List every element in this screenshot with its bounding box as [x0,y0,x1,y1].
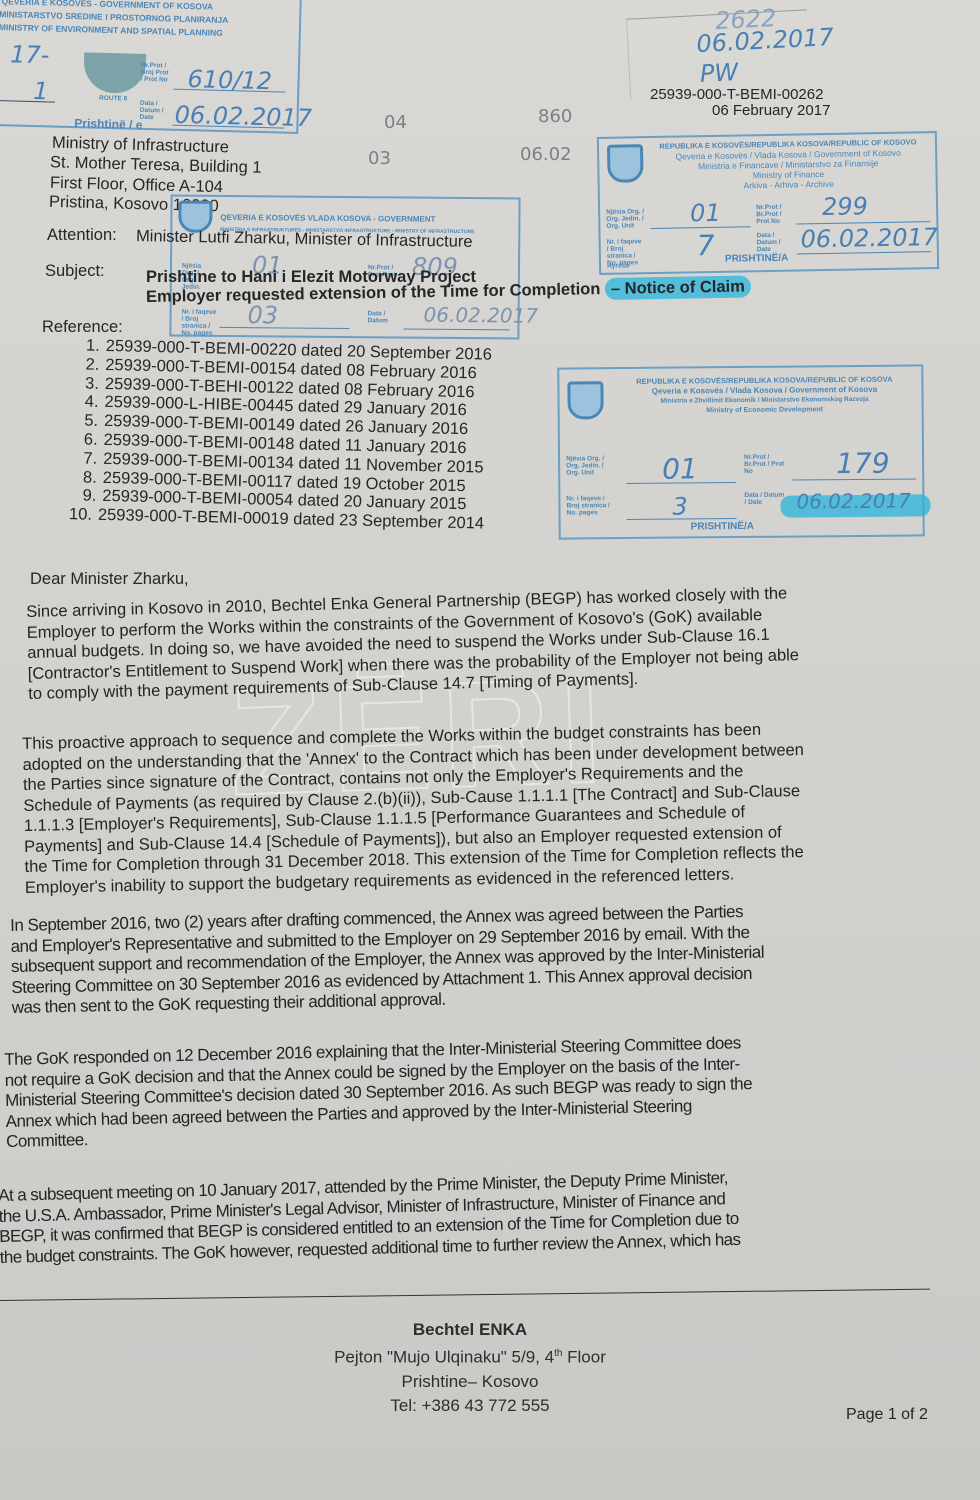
handwritten-grey-a: 04 [384,112,407,133]
handwritten-grey-c: 03 [368,148,391,169]
prot-value: 179 [836,447,890,480]
handwritten-note-1: 17- [10,40,50,69]
stamp-city: PRISHTINË/A [725,254,789,265]
pages-label: Nr. i faqeve / Broj stranica / No. pages [566,495,614,516]
finance-ministry-stamp: REPUBLIKA E KOSOVËS/REPUBLIKA KOSOVA/REP… [597,131,939,275]
body-paragraph-2: This proactive approach to sequence and … [22,719,806,898]
pages-value: 3 [672,492,688,520]
footer-divider [0,1289,930,1301]
footer-address: Pejton "Mujo Ulqinaku" 5/9, 4th Floor [300,1342,640,1370]
prot-label: Nr.Prot / Br.Prot / Prot No [756,204,792,226]
date-label: Data / Datum / Date [139,100,170,122]
reference-number: 7. [61,449,97,468]
kosovo-shield-icon [567,381,603,419]
pages-value: 7 [696,229,714,262]
reference-number: 6. [61,430,97,449]
org-label: Njësia Org. / Org. Jedin. / Org. Unit [566,455,614,476]
date-label: Data / Datum [368,310,400,324]
reference-number: 5. [62,411,98,430]
date-value: 06.02.2017 [423,303,538,328]
footer-tel: Tel: +386 43 772 555 [300,1394,640,1418]
body-paragraph-1: Since arriving in Kosovo in 2010, Bechte… [26,583,800,704]
pages-label: Nr. i faqeve / Broj stranica / No. pages [181,309,217,337]
prot-value: 299 [822,192,868,221]
route6-logo-icon [83,52,146,94]
stamp-city: Prishtinë / e [74,118,142,130]
org-value: 01 [662,452,698,485]
receipt-initials: PW [699,58,739,88]
prot-label: Nr.Prot / Broj Prot / Prot No [140,62,171,84]
reference-number: 3. [63,374,99,393]
reference-number: 1. [64,336,100,355]
page-number: Page 1 of 2 [846,1406,928,1424]
date-value: 06.02.2017 [174,101,312,133]
org-label: Njësia Org. / Org. Jedin. / Org. Unit [606,208,644,230]
economic-ministry-stamp: REPUBLIKA E KOSOVËS/REPUBLIKA KOSOVA/REP… [557,364,924,539]
date-label: Data / Datum / Date [744,492,784,506]
entry-label: Hyrësa [607,262,629,269]
prot-label: Nr.Prot / Br.Prot / Prot No [744,454,786,475]
reference-number: 4. [62,392,98,411]
footer-city: Prishtine– Kosovo [300,1370,640,1394]
handwritten-grey-d: 06.02 [520,144,572,165]
date-value: 06.02.2017 [800,223,938,253]
body-paragraph-4: The GoK responded on 12 December 2016 ex… [4,1033,753,1152]
footer-block: Bechtel ENKA Pejton "Mujo Ulqinaku" 5/9,… [300,1318,640,1418]
infrastructure-ministry-stamp: QEVERIA E KOSOVËS VLADA KOSOVA - GOVERNM… [169,194,520,339]
reference-number: 8. [61,468,97,487]
body-paragraph-5: At a subsequent meeting on 10 January 20… [0,1168,741,1268]
pages-value: 03 [247,301,278,329]
handwritten-grey-b: 860 [538,106,572,127]
stamp-city: PRISHTINË/A [691,522,754,533]
recipient-line-1: Ministry of Infrastructure [52,134,229,157]
org-value: 01 [690,199,721,228]
stamp-header-4: Ministry of Economic Development [612,404,918,417]
letter-date: 06 February 2017 [712,102,830,120]
reference-label: Reference: [42,318,123,336]
reference-number: 10. [56,505,92,524]
receipt-date: 06.02.2017 [696,23,835,58]
footer-company: Bechtel ENKA [300,1318,640,1342]
environment-ministry-stamp: QEVERIA E KOSOVËS - GOVERNMENT OF KOSOVA… [0,0,302,134]
attention-label: Attention: [47,226,117,244]
reference-number: 9. [60,486,96,505]
stamp-header-3: MINISTRY OF ENVIRONMENT AND SPATIAL PLAN… [0,22,223,38]
route6-logo-text: ROUTE 6 [99,95,127,103]
subject-label: Subject: [45,262,105,280]
stamp-header-1: QEVERIA E KOSOVËS VLADA KOSOVA - GOVERNM… [220,213,435,225]
notice-of-claim-highlight: – Notice of Claim [605,275,751,300]
body-paragraph-3: In September 2016, two (2) years after d… [10,902,765,1019]
kosovo-shield-icon [607,144,644,183]
date-value: 06.02.2017 [796,489,911,514]
salutation: Dear Minister Zharku, [30,570,189,588]
reference-number: 2. [63,355,99,374]
recipient-line-2: St. Mother Teresa, Building 1 [50,153,262,177]
date-label: Data / Datum / Date [757,232,793,254]
